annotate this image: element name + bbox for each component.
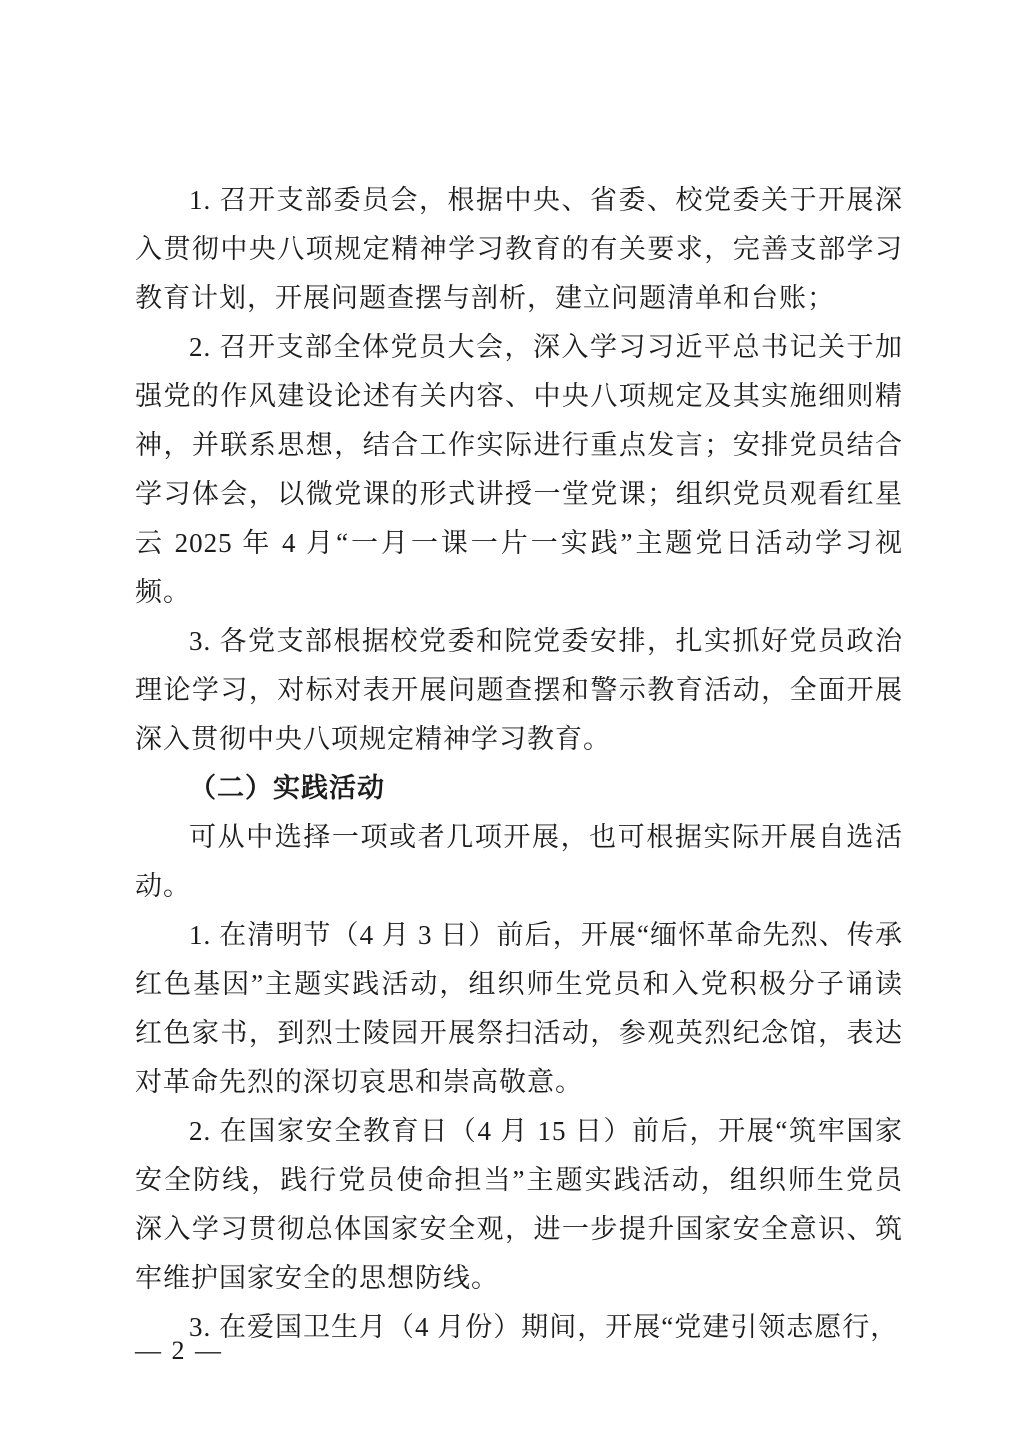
- paragraph: 1. 召开支部委员会，根据中央、省委、校党委关于开展深入贯彻中央八项规定精神学习…: [135, 176, 903, 323]
- document-body: 1. 召开支部委员会，根据中央、省委、校党委关于开展深入贯彻中央八项规定精神学习…: [135, 176, 903, 1352]
- paragraph: 2. 在国家安全教育日（4 月 15 日）前后，开展“筑牢国家安全防线，践行党员…: [135, 1107, 903, 1303]
- section-heading: （二）实践活动: [135, 764, 903, 813]
- paragraph: 2. 召开支部全体党员大会，深入学习习近平总书记关于加强党的作风建设论述有关内容…: [135, 323, 903, 617]
- paragraph: 1. 在清明节（4 月 3 日）前后，开展“缅怀革命先烈、传承红色基因”主题实践…: [135, 911, 903, 1107]
- document-page: 1. 召开支部委员会，根据中央、省委、校党委关于开展深入贯彻中央八项规定精神学习…: [0, 0, 1024, 1448]
- page-number: — 2 —: [135, 1336, 223, 1365]
- paragraph: 3. 各党支部根据校党委和院党委安排，扎实抓好党员政治理论学习，对标对表开展问题…: [135, 617, 903, 764]
- paragraph: 3. 在爱国卫生月（4 月份）期间，开展“党建引领志愿行，: [135, 1303, 903, 1352]
- paragraph: 可从中选择一项或者几项开展，也可根据实际开展自选活动。: [135, 813, 903, 911]
- page-footer: — 2 —: [135, 1336, 223, 1366]
